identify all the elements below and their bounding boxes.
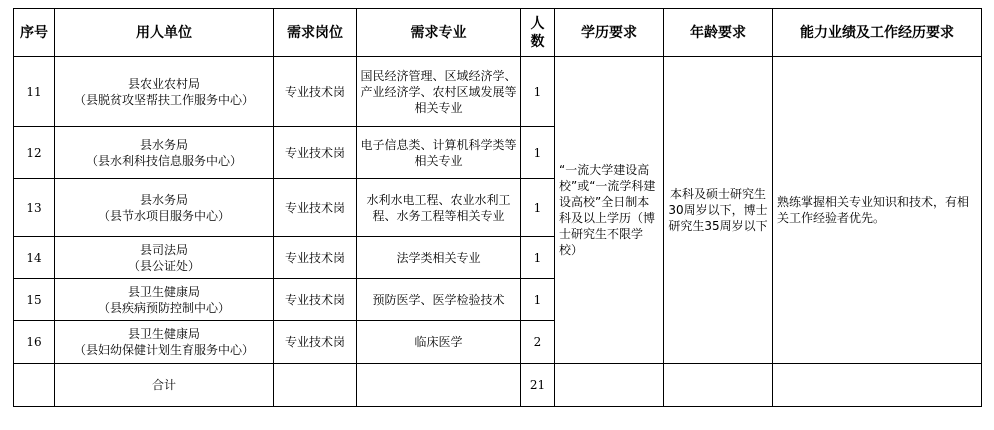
total-age-cell [664, 364, 773, 407]
experience-cell: 熟练掌握相关专业知识和技术，有相关工作经验者优先。 [773, 57, 982, 364]
header-position: 需求岗位 [274, 9, 357, 57]
position-cell: 专业技术岗 [274, 57, 357, 127]
total-experience-cell [773, 364, 982, 407]
header-experience: 能力业绩及工作经历要求 [773, 9, 982, 57]
header-seq: 序号 [14, 9, 55, 57]
unit-name: 县卫生健康局 [58, 326, 270, 342]
major-cell: 预防医学、医学检验技术 [357, 279, 521, 321]
seq-cell: 16 [14, 321, 55, 364]
unit-subname: （县疾病预防控制中心） [58, 300, 270, 316]
count-cell: 1 [521, 57, 555, 127]
total-row: 合计 21 [14, 364, 982, 407]
header-major: 需求专业 [357, 9, 521, 57]
unit-subname: （县节水项目服务中心） [58, 208, 270, 224]
total-label: 合计 [55, 364, 274, 407]
count-cell: 1 [521, 237, 555, 279]
total-education-cell [555, 364, 664, 407]
unit-subname: （县脱贫攻坚帮扶工作服务中心） [58, 92, 270, 108]
header-unit: 用人单位 [55, 9, 274, 57]
major-cell: 临床医学 [357, 321, 521, 364]
total-count: 21 [521, 364, 555, 407]
total-seq-cell [14, 364, 55, 407]
count-cell: 1 [521, 279, 555, 321]
position-cell: 专业技术岗 [274, 237, 357, 279]
position-cell: 专业技术岗 [274, 179, 357, 237]
recruitment-table: 序号 用人单位 需求岗位 需求专业 人数 学历要求 年龄要求 能力业绩及工作经历… [13, 8, 982, 407]
unit-cell: 县水务局 （县水利科技信息服务中心） [55, 127, 274, 179]
header-age: 年龄要求 [664, 9, 773, 57]
seq-cell: 14 [14, 237, 55, 279]
unit-name: 县水务局 [58, 192, 270, 208]
unit-cell: 县农业农村局 （县脱贫攻坚帮扶工作服务中心） [55, 57, 274, 127]
position-cell: 专业技术岗 [274, 279, 357, 321]
unit-cell: 县卫生健康局 （县妇幼保健计划生育服务中心） [55, 321, 274, 364]
unit-cell: 县水务局 （县节水项目服务中心） [55, 179, 274, 237]
major-cell: 国民经济管理、区域经济学、产业经济学、农村区域发展等相关专业 [357, 57, 521, 127]
header-count: 人数 [521, 9, 555, 57]
major-cell: 水利水电工程、农业水利工程、水务工程等相关专业 [357, 179, 521, 237]
count-cell: 1 [521, 127, 555, 179]
unit-subname: （县公证处） [58, 258, 270, 274]
position-cell: 专业技术岗 [274, 321, 357, 364]
age-cell: 本科及硕士研究生30周岁以下，博士研究生35周岁以下 [664, 57, 773, 364]
unit-subname: （县水利科技信息服务中心） [58, 153, 270, 169]
unit-name: 县司法局 [58, 242, 270, 258]
count-cell: 1 [521, 179, 555, 237]
unit-name: 县卫生健康局 [58, 284, 270, 300]
unit-subname: （县妇幼保健计划生育服务中心） [58, 342, 270, 358]
table-row: 11 县农业农村局 （县脱贫攻坚帮扶工作服务中心） 专业技术岗 国民经济管理、区… [14, 57, 982, 127]
seq-cell: 15 [14, 279, 55, 321]
unit-name: 县农业农村局 [58, 76, 270, 92]
total-position-cell [274, 364, 357, 407]
education-cell: “一流大学建设高校”或“一流学科建设高校”全日制本科及以上学历（博士研究生不限学… [555, 57, 664, 364]
unit-name: 县水务局 [58, 137, 270, 153]
seq-cell: 13 [14, 179, 55, 237]
position-cell: 专业技术岗 [274, 127, 357, 179]
header-row: 序号 用人单位 需求岗位 需求专业 人数 学历要求 年龄要求 能力业绩及工作经历… [14, 9, 982, 57]
total-major-cell [357, 364, 521, 407]
count-cell: 2 [521, 321, 555, 364]
unit-cell: 县卫生健康局 （县疾病预防控制中心） [55, 279, 274, 321]
seq-cell: 12 [14, 127, 55, 179]
header-education: 学历要求 [555, 9, 664, 57]
major-cell: 电子信息类、计算机科学类等相关专业 [357, 127, 521, 179]
unit-cell: 县司法局 （县公证处） [55, 237, 274, 279]
major-cell: 法学类相关专业 [357, 237, 521, 279]
seq-cell: 11 [14, 57, 55, 127]
